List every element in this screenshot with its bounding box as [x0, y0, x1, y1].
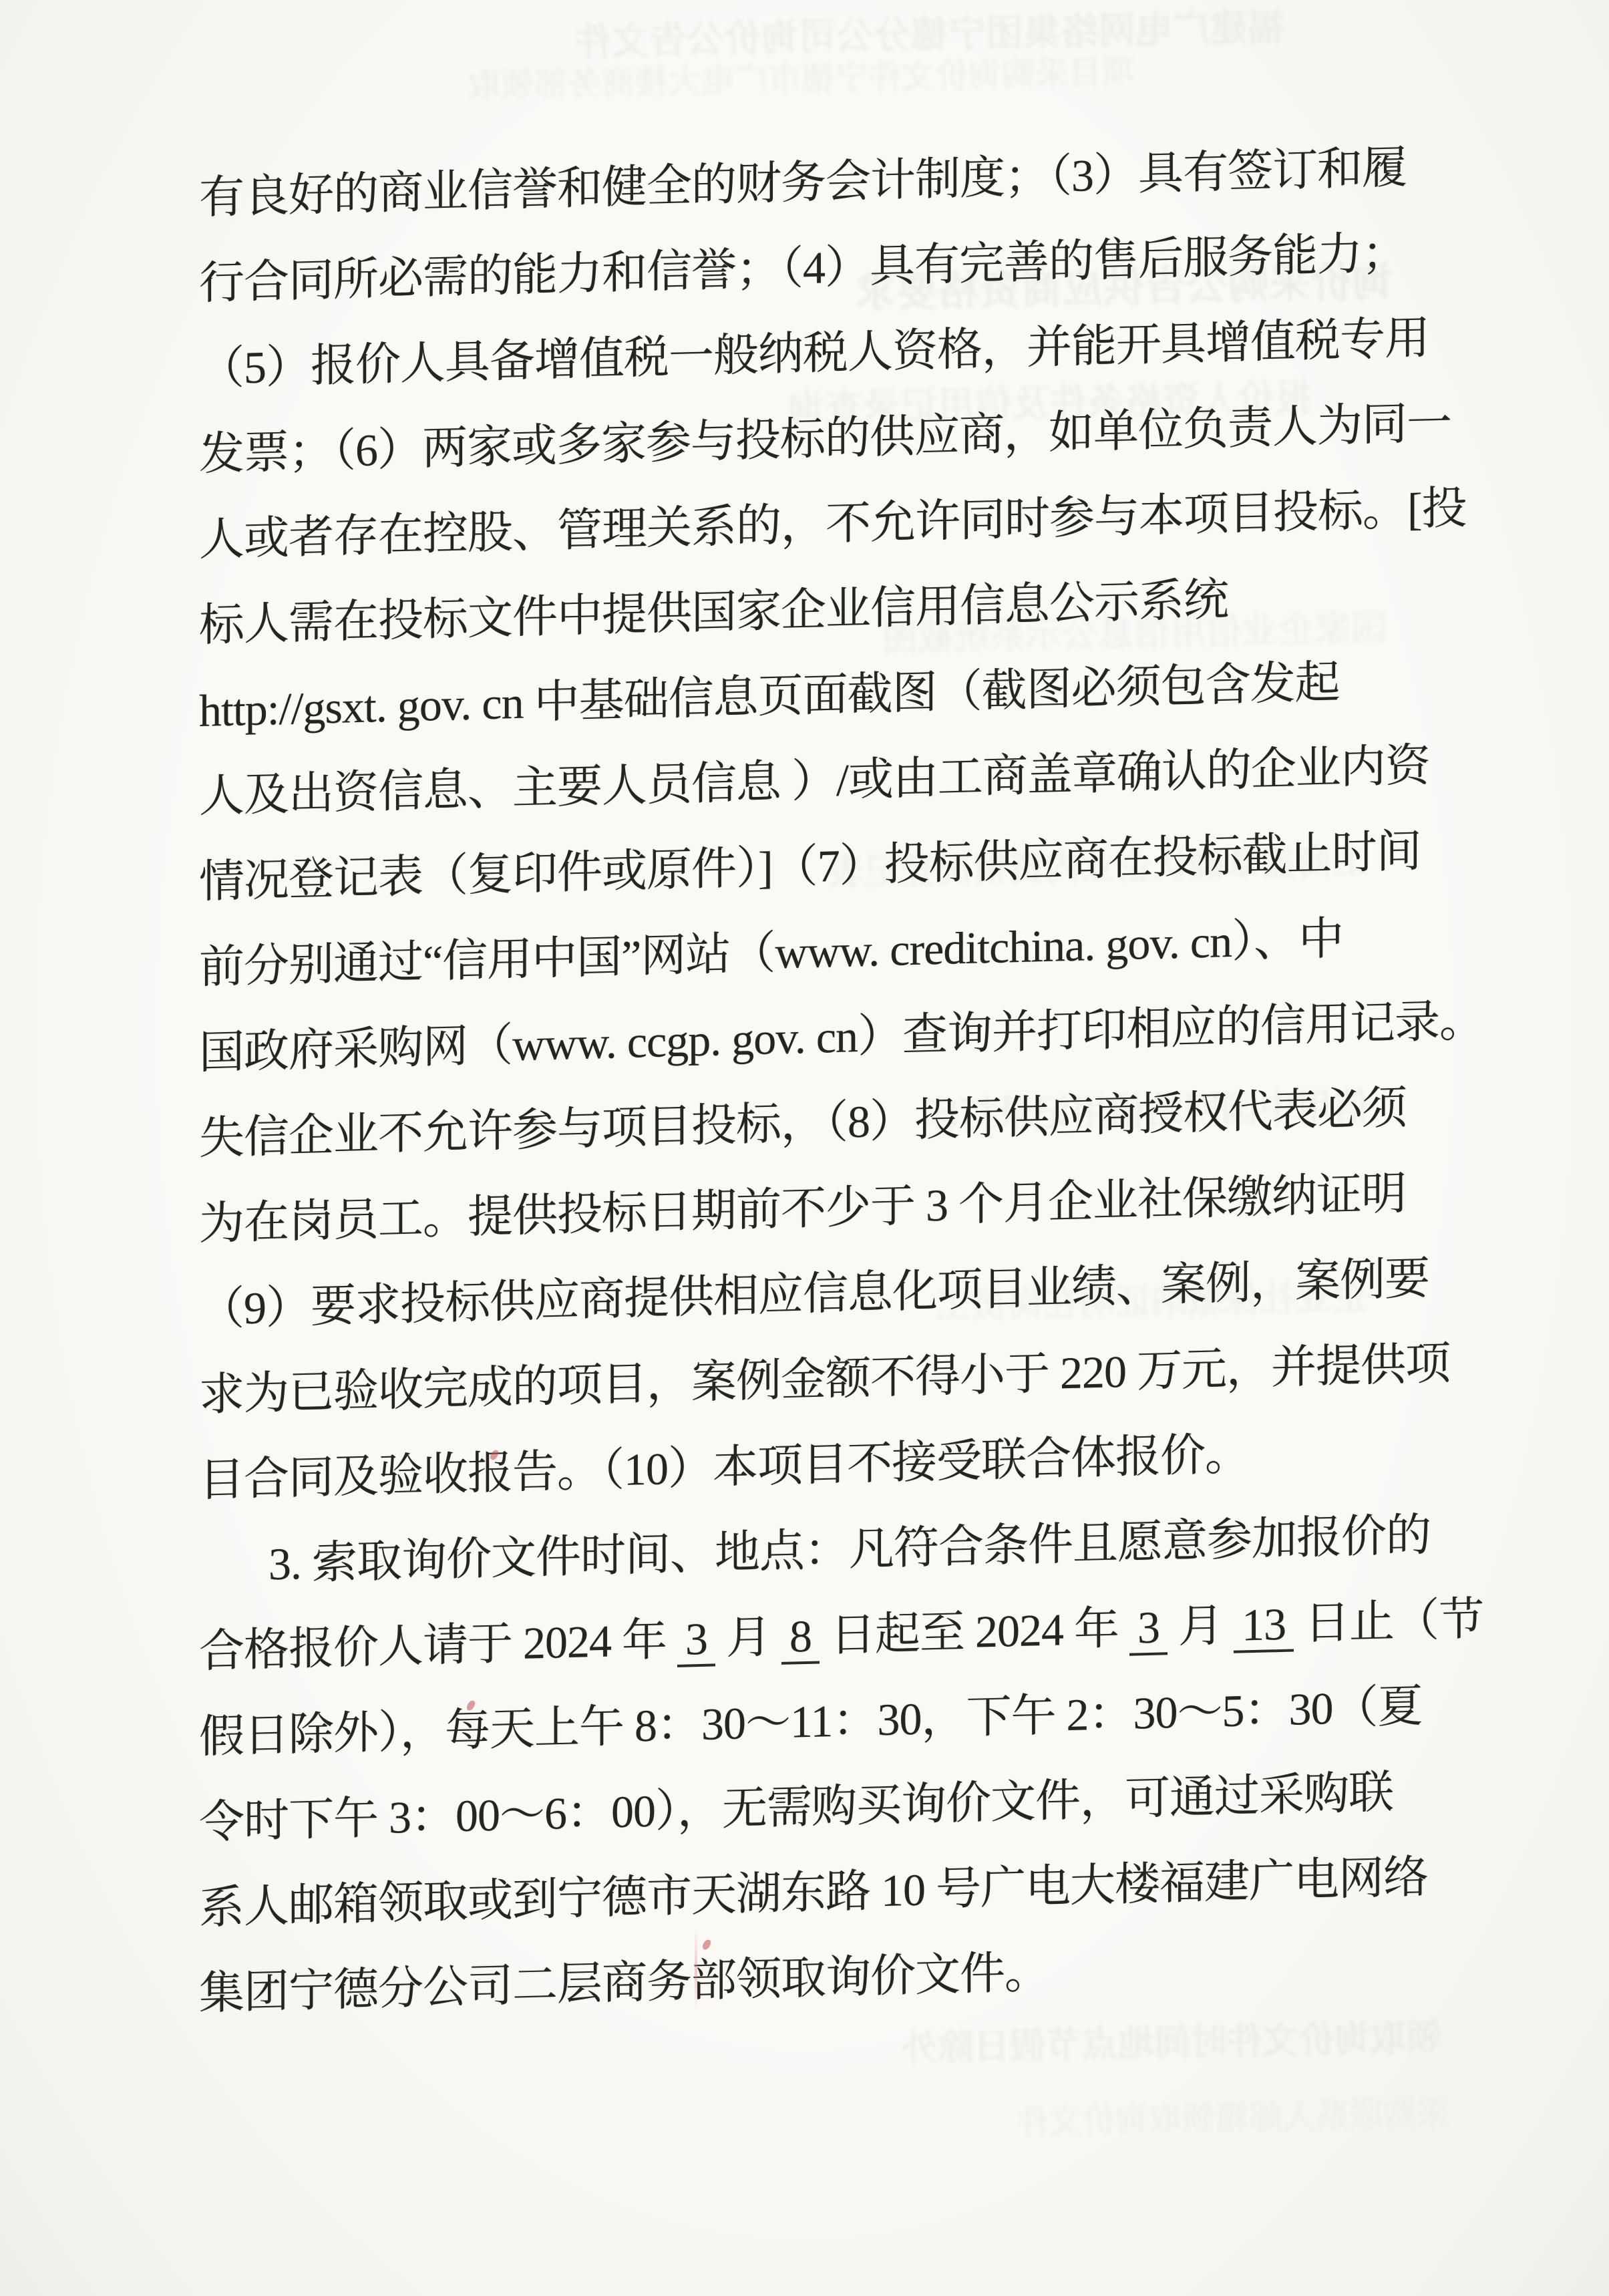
text-block: 有良好的商业信誉和健全的财务会计制度；（3）具有签订和履行合同所必需的能力和信誉… — [199, 124, 1441, 2036]
text-segment: 为在岗员工。提供投标日期前不少于 3 个月企业社保缴纳证明 — [199, 1168, 1406, 1249]
text-segment: 月 — [715, 1611, 781, 1664]
text-segment: 发票；（6）两家或多家参与投标的供应商，如单位负责人为同一 — [199, 397, 1451, 480]
text-segment: 假日除外），每天上午 8：30～11：30，下午 2：30～5：30（夏 — [199, 1681, 1422, 1762]
text-segment: 前分别通过“信用中国”网站（www. creditchina. gov. cn）… — [199, 913, 1343, 993]
text-segment: 情况登记表（复印件或原件）]（7）投标供应商在投标截止时间 — [199, 826, 1421, 907]
text-segment: 系人邮箱领取或到宁德市天湖东路 10 号广电大楼福建广电网络 — [199, 1851, 1428, 1933]
text-segment: （5）报价人具备增值税一般纳税人资格，并能开具增值税专用 — [199, 312, 1429, 394]
text-segment: 月 — [1168, 1600, 1234, 1653]
text-segment: 行合同所必需的能力和信誉；（4）具有完善的售后服务能力； — [199, 227, 1407, 309]
text-segment: 有良好的商业信誉和健全的财务会计制度；（3）具有签订和履 — [199, 142, 1407, 223]
scanned-page: 福建广电网络集团宁德分公司询价公告文件项目采购询价文件宁德市广电大楼商务部领取询… — [0, 0, 1609, 2296]
bleed-through-text: 采购联系人邮箱领取询价文件 — [1015, 2086, 1449, 2144]
text-segment: 求为已验收完成的项目，案例金额不得小于 220 万元，并提供项 — [199, 1338, 1450, 1420]
text-segment: 日起至 2024 年 — [820, 1603, 1129, 1661]
text-segment: 令时下午 3：00～6：00），无需购买询价文件，可通过采购联 — [199, 1767, 1393, 1848]
bleed-through-text: 项目采购询价文件宁德市广电大楼商务部领取 — [468, 45, 1135, 108]
text-segment: （9）要求投标供应商提供相应信息化项目业绩、案例，案例要 — [199, 1253, 1429, 1335]
bleed-through-text: 领取询价文件时间地点节假日除外 — [902, 2009, 1443, 2072]
text-segment: 3. 索取询价文件时间、地点：凡符合条件且愿意参加报价的 — [269, 1509, 1431, 1589]
underlined-value: 8 — [781, 1610, 820, 1664]
underlined-value: 13 — [1234, 1599, 1294, 1653]
text-segment: 国政府采购网（www. ccgp. gov. cn）查询并打印相应的信用记录。 — [199, 995, 1484, 1078]
text-segment: 合格报价人请于 2024 年 — [199, 1614, 677, 1677]
text-segment: 标人需在投标文件中提供国家企业信用信息公示系统 — [199, 574, 1228, 651]
underlined-value: 3 — [677, 1613, 715, 1667]
text-segment: 人及出资信息、主要人员信息 ）/或由工商盖章确认的企业内资 — [199, 740, 1430, 822]
text-segment: 日止（节 — [1294, 1593, 1483, 1649]
text-segment: http://gsxt. gov. cn 中基础信息页面截图（截图必须包含发起 — [199, 657, 1340, 736]
text-segment: 目合同及验收报告。（10）本项目不接受联合体报价。 — [199, 1428, 1250, 1506]
underlined-value: 3 — [1129, 1601, 1168, 1655]
text-segment: 集团宁德分公司二层商务部领取询价文件。 — [199, 1947, 1049, 2019]
text-segment: 人或者存在控股、管理关系的，不允许同时参与本项目投标。[投 — [199, 482, 1467, 565]
text-segment: 失信企业不允许参与项目投标，（8）投标供应商授权代表必须 — [199, 1082, 1407, 1164]
bleed-through-text: 福建广电网络集团宁德分公司询价公告文件 — [574, 0, 1285, 66]
